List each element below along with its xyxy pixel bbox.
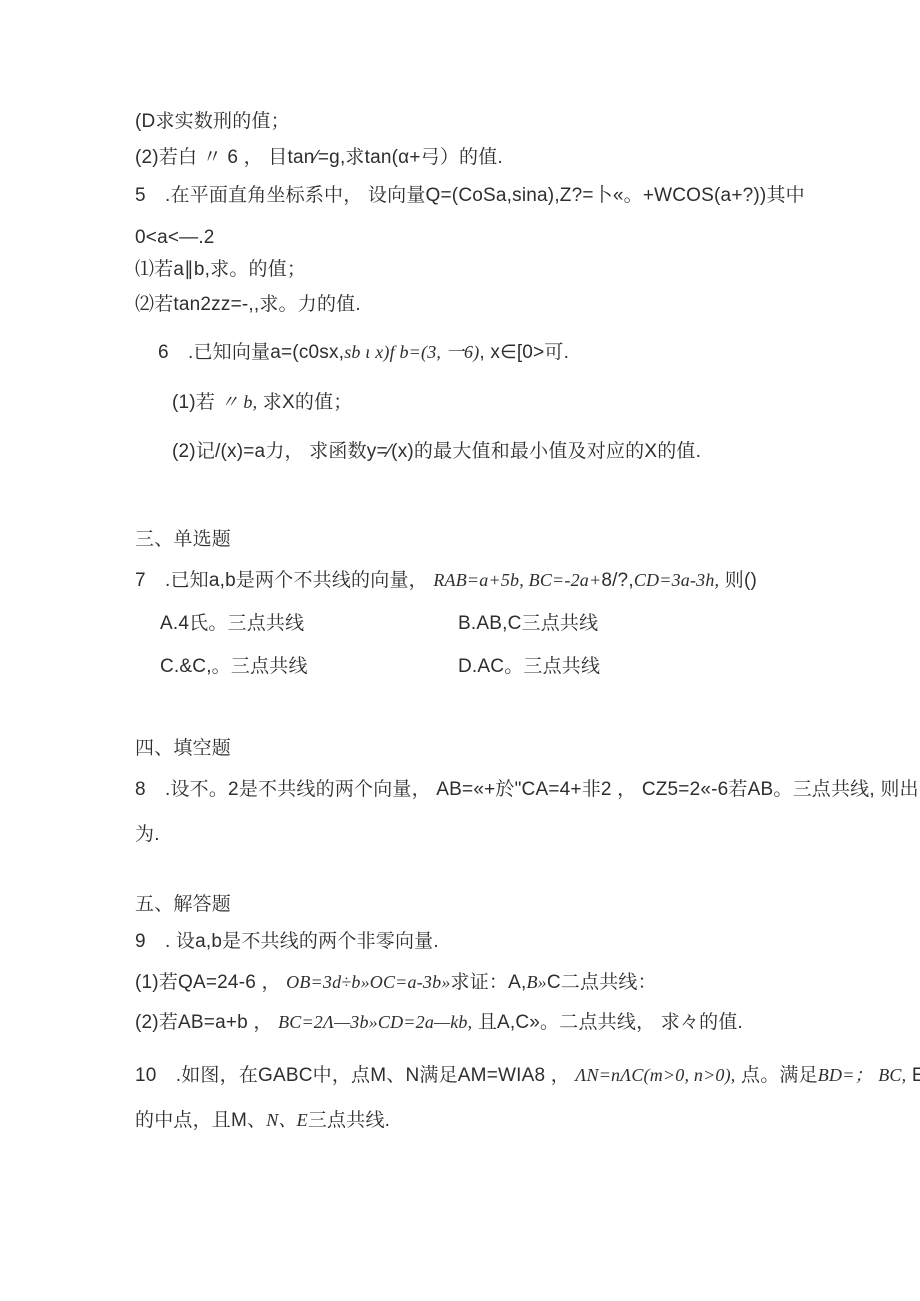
text-segment: BC, <box>878 1065 906 1085</box>
text-segment: 9 . 设a,b是不共线的两个非零向量. <box>135 931 439 952</box>
text-segment: D.AC。三点共线 <box>458 656 600 677</box>
text-segment: OB=3d÷b»OC=a-3b» <box>286 972 450 992</box>
line-q9-part2: (2)若AB=a+b ， BC=2Λ—3b»CD=2a—kb, 且A,C»。二点… <box>135 1010 743 1035</box>
text-segment: 6 .已知向量a=(c0sx, <box>158 342 344 363</box>
text-segment: 7 .已知a,b是两个不共线的向量， <box>135 570 433 591</box>
line-q9-stem: 9 . 设a,b是不共线的两个非零向量. <box>135 930 439 954</box>
text-segment: 五、解答题 <box>135 894 231 915</box>
text-segment: , x∈[0>可. <box>479 342 569 363</box>
text-segment: C二点共线： <box>547 972 657 993</box>
text-segment: 的中点，且M、 <box>135 1110 266 1131</box>
text-segment: ΛN=nΛC(m>0, n>0), <box>575 1065 735 1085</box>
text-segment: B» <box>526 972 546 992</box>
text-segment: C.&C,。三点共线 <box>160 656 308 677</box>
line-q9-part1: (1)若QA=24-6 ， OB=3d÷b»OC=a-3b»求证：A,B»C二点… <box>135 970 657 995</box>
line-q6-part2: (2)记/(x)=a力， 求函数y=∕(x)的最大值和最小值及对应的X的值. <box>172 440 701 464</box>
line-q7-stem: 7 .已知a,b是两个不共线的向量， RAB=a+5b, BC=-2a+8/?,… <box>135 568 757 593</box>
text-segment: B.AB,C三点共线 <box>458 613 598 634</box>
text-segment: 8/?, <box>601 570 634 591</box>
text-segment: 求证：A, <box>451 972 527 993</box>
section-heading-3: 三、单选题 <box>135 528 231 552</box>
text-segment: (1)若 <box>172 392 221 413</box>
line-q4-part1: (D求实数刑的值； <box>135 110 290 134</box>
text-segment: (D求实数刑的值； <box>135 111 290 132</box>
text-segment: 5 .在平面直角坐标系中， 设向量Q=(CoSa,sina),Z?=卜«。+WC… <box>135 185 805 206</box>
text-segment: BC=2Λ—3b»CD=2a—kb, <box>278 1012 472 1032</box>
text-segment: ⑴若a∥b,求。的值； <box>135 259 306 280</box>
line-q5-stem: 5 .在平面直角坐标系中， 设向量Q=(CoSa,sina),Z?=卜«。+WC… <box>135 184 805 208</box>
section-heading-4: 四、填空题 <box>135 737 231 761</box>
text-segment: 0<a<—.2 <box>135 227 215 248</box>
text-segment: E为A。 <box>906 1065 920 1086</box>
option-B: B.AB,C三点共线 <box>458 612 598 636</box>
text-segment: 点。满足 <box>736 1065 818 1086</box>
option-C: C.&C,。三点共线 <box>160 655 308 679</box>
text-segment: 〃 b, <box>221 392 258 412</box>
text-segment: 为. <box>135 824 160 845</box>
section-heading-5: 五、解答题 <box>135 893 231 917</box>
text-segment: 10 .如图，在GABC中，点M、N满足AM=WIA8 ， <box>135 1065 575 1086</box>
text-segment: 四、填空题 <box>135 738 231 759</box>
text-segment: 三点共线. <box>308 1110 390 1131</box>
document-page: (D求实数刑的值；(2)若白 〃 6 ， 目tan∕=g,求tan(α+弓）的值… <box>0 0 920 1301</box>
line-q5-part1: ⑴若a∥b,求。的值； <box>135 258 306 282</box>
text-segment: BD=； <box>818 1065 873 1085</box>
text-segment: 则() <box>719 570 757 591</box>
text-segment: (2)若AB=a+b ， <box>135 1012 278 1033</box>
text-segment: RAB=a+5b, BC=-2a+ <box>433 570 601 590</box>
line-q5-part2: ⑵若tan2zz=-,,求。力的值. <box>135 293 361 317</box>
option-A: A.4氏。三点共线 <box>160 612 304 636</box>
line-q6-part1: (1)若 〃 b, 求X的值； <box>172 390 352 415</box>
text-segment: (2)记/(x)=a力， 求函数y=∕(x)的最大值和最小值及对应的X的值. <box>172 441 701 462</box>
text-segment: 8 .设不。2是不共线的两个向量， AB=«+於"CA=4+非2 ， CZ5=2… <box>135 779 920 800</box>
option-D: D.AC。三点共线 <box>458 655 600 679</box>
text-segment: 且A,C»。二点共线， 求々的值. <box>472 1012 743 1033</box>
line-q5-range: 0<a<—.2 <box>135 226 215 250</box>
line-q10-cont: 的中点，且M、N、E三点共线. <box>135 1108 390 1133</box>
text-segment: 三、单选题 <box>135 529 231 550</box>
text-segment: (1)若QA=24-6 ， <box>135 972 286 993</box>
text-segment: CD=3a-3h, <box>634 570 719 590</box>
text-segment: ⑵若tan2zz=-,,求。力的值. <box>135 294 361 315</box>
text-segment: sb ι x)f b=(3, 一6) <box>344 342 479 362</box>
text-segment: 求X的值； <box>257 392 352 413</box>
line-q10-stem: 10 .如图，在GABC中，点M、N满足AM=WIA8 ， ΛN=nΛC(m>0… <box>135 1063 920 1088</box>
line-q4-part2: (2)若白 〃 6 ， 目tan∕=g,求tan(α+弓）的值. <box>135 146 503 170</box>
text-segment: N、E <box>266 1110 308 1130</box>
line-q8-stem: 8 .设不。2是不共线的两个向量， AB=«+於"CA=4+非2 ， CZ5=2… <box>135 778 920 802</box>
line-q8-cont: 为. <box>135 823 160 847</box>
text-segment: A.4氏。三点共线 <box>160 613 304 634</box>
line-q6-stem: 6 .已知向量a=(c0sx,sb ι x)f b=(3, 一6), x∈[0>… <box>158 340 569 365</box>
text-segment: (2)若白 〃 6 ， 目tan∕=g,求tan(α+弓）的值. <box>135 147 503 168</box>
